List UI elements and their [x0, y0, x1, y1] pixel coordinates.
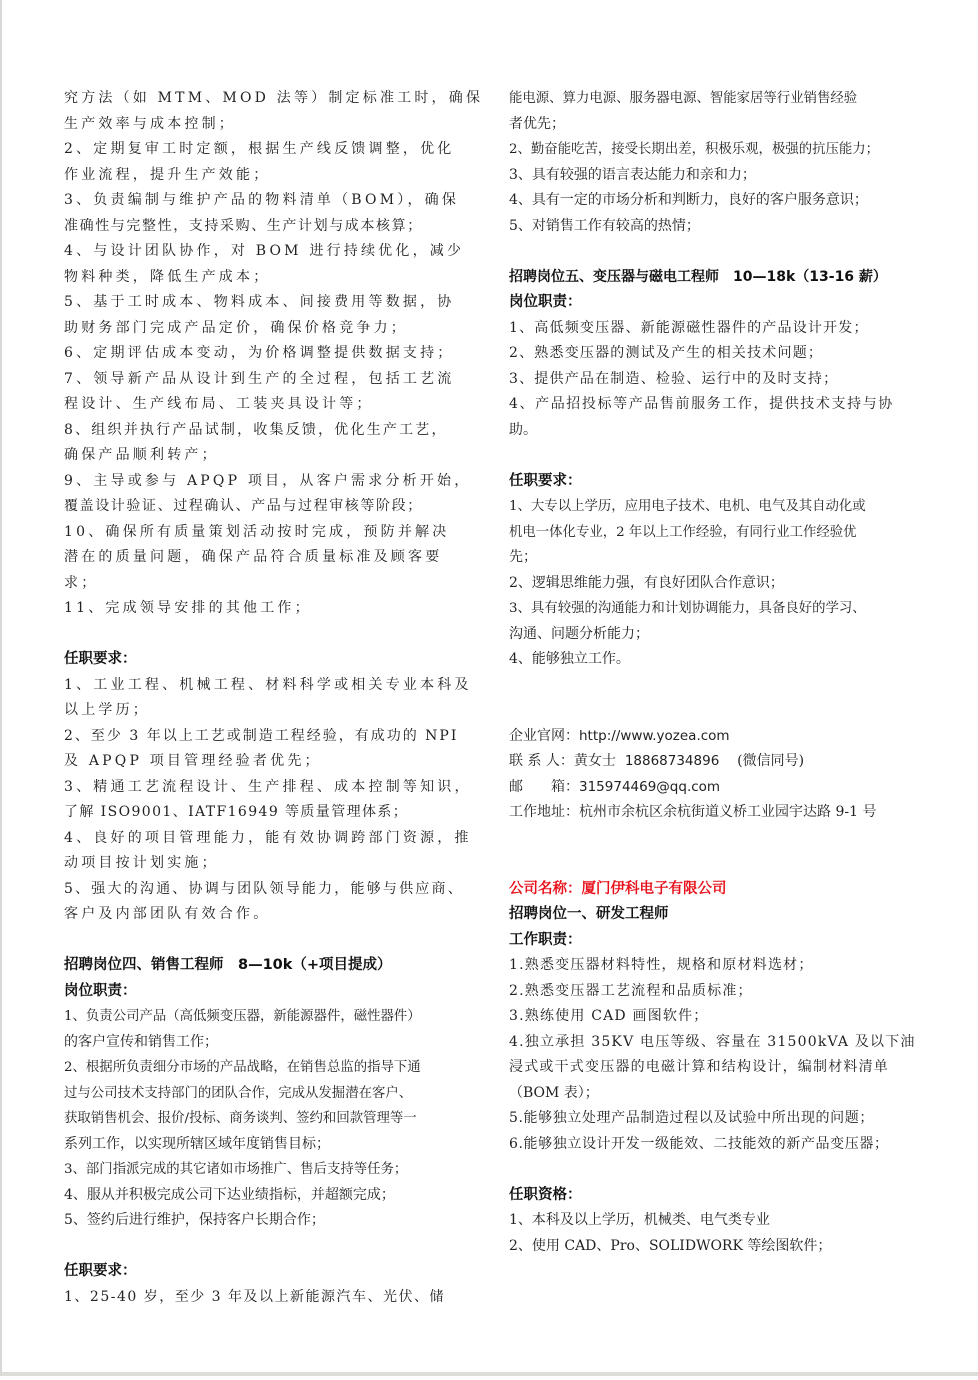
text-line: 生产效率与成本控制； [64, 112, 474, 138]
text-line: 4、良好的项目管理能力，能有效协调跨部门资源，推 [64, 826, 474, 852]
text-line: 4、产品招投标等产品售前服务工作，提供技术支持与协 [509, 392, 924, 418]
text-line: 获取销售机会、报价/投标、商务谈判、签约和回款管理等一 [64, 1106, 474, 1132]
text-line: 系列工作，以实现所辖区域年度销售目标； [64, 1132, 474, 1158]
text-line: 2、定期复审工时定额，根据生产线反馈调整，优化 [64, 137, 474, 163]
text-line: 助。 [509, 418, 924, 444]
job4-duties: 1、负责公司产品（高低频变压器，新能源器件，磁性器件） 的客户宣传和销售工作； … [64, 1004, 474, 1234]
job4-duties-heading: 岗位职责： [64, 979, 474, 1005]
company2-duties: 1.熟悉变压器材料特性，规格和原材料选材； 2.熟悉变压器工艺流程和品质标准； … [509, 953, 924, 1157]
text-line: 客户及内部团队有效合作。 [64, 902, 474, 928]
text-line: 动项目按计划实施； [64, 851, 474, 877]
text-line: 2、熟悉变压器的测试及产生的相关技术问题； [509, 341, 924, 367]
email-link[interactable]: 315974469@qq.com [579, 779, 720, 795]
job5-requirements-heading: 任职要求： [509, 469, 924, 495]
website-label: 企业官网： [509, 728, 579, 744]
left-column: 究方法（如 MTM、MOD 法等）制定标准工时，确保 生产效率与成本控制； 2、… [64, 86, 474, 1310]
text-line: 1、高低频变压器、新能源磁性器件的产品设计开发； [509, 316, 924, 342]
text-line: 的客户宣传和销售工作； [64, 1030, 474, 1056]
text-line: 以上学历； [64, 698, 474, 724]
address-value: 杭州市余杭区余杭街道义桥工业园宇达路 9-1 号 [579, 804, 876, 820]
text-line: 3、具有较强的沟通能力和计划协调能力，具备良好的学习、 [509, 596, 924, 622]
text-line: 先； [509, 545, 924, 571]
job5-title: 招聘岗位五、变压器与磁电工程师 10—18k（13-16 薪） [509, 265, 924, 291]
job5-duties-heading: 岗位职责： [509, 290, 924, 316]
job4-requirements-continued: 能电源、算力电源、服务器电源、智能家居等行业销售经验 者优先； 2、勤奋能吃苦，… [509, 86, 924, 239]
contact-label: 联 系 人： [509, 753, 574, 769]
text-line: 3、精通工艺流程设计、生产排程、成本控制等知识， [64, 775, 474, 801]
text-line: 1、25-40 岁，至少 3 年及以上新能源汽车、光伏、储 [64, 1285, 474, 1311]
text-line: 5、基于工时成本、物料成本、间接费用等数据，协 [64, 290, 474, 316]
text-line: 准确性与完整性，支持采购、生产计划与成本核算； [64, 214, 474, 240]
right-column: 能电源、算力电源、服务器电源、智能家居等行业销售经验 者优先； 2、勤奋能吃苦，… [509, 86, 924, 1259]
text-line: （BOM 表）； [509, 1081, 924, 1107]
text-line: 8、组织并执行产品试制，收集反馈，优化生产工艺， [64, 418, 474, 444]
text-line: 3、部门指派完成的其它诸如市场推广、售后支持等任务； [64, 1157, 474, 1183]
text-line: 者优先； [509, 112, 924, 138]
text-line: 3、提供产品在制造、检验、运行中的及时支持； [509, 367, 924, 393]
text-line: 程设计、生产线布局、工装夹具设计等； [64, 392, 474, 418]
text-line: 究方法（如 MTM、MOD 法等）制定标准工时，确保 [64, 86, 474, 112]
text-line: 2.熟悉变压器工艺流程和品质标准； [509, 979, 924, 1005]
company2-job1-title: 招聘岗位一、研发工程师 [509, 902, 924, 928]
text-line: 机电一体化专业，2 年以上工作经验，有同行业工作经验优 [509, 520, 924, 546]
website-link[interactable]: http://www.yozea.com [579, 728, 730, 744]
address-line: 工作地址：杭州市余杭区余杭街道义桥工业园宇达路 9-1 号 [509, 800, 924, 826]
text-line: 浸式或干式变压器的电磁计算和结构设计，编制材料清单 [509, 1055, 924, 1081]
document-page: 究方法（如 MTM、MOD 法等）制定标准工时，确保 生产效率与成本控制； 2、… [0, 0, 978, 1376]
text-line: 2、使用 CAD、Pro、SOLIDWORK 等绘图软件； [509, 1234, 924, 1260]
address-label: 工作地址： [509, 804, 579, 820]
text-line: 能电源、算力电源、服务器电源、智能家居等行业销售经验 [509, 86, 924, 112]
wechat-note: (微信同号) [737, 753, 804, 769]
website-line: 企业官网：http://www.yozea.com [509, 724, 924, 750]
job4-requirements-heading: 任职要求： [64, 1259, 474, 1285]
text-line: 9、主导或参与 APQP 项目，从客户需求分析开始， [64, 469, 474, 495]
text-line: 11、完成领导安排的其他工作； [64, 596, 474, 622]
text-line: 1.熟悉变压器材料特性，规格和原材料选材； [509, 953, 924, 979]
text-line: 5.能够独立处理产品制造过程以及试验中所出现的问题； [509, 1106, 924, 1132]
company2-requirements: 1、本科及以上学历，机械类、电气类专业 2、使用 CAD、Pro、SOLIDWO… [509, 1208, 924, 1259]
text-line: 3.熟练使用 CAD 画图软件； [509, 1004, 924, 1030]
contact-block: 企业官网：http://www.yozea.com 联 系 人：黄女士 1886… [509, 724, 924, 826]
text-line: 物料种类，降低生产成本； [64, 265, 474, 291]
text-line: 4、具有一定的市场分析和判断力，良好的客户服务意识； [509, 188, 924, 214]
text-line: 过与公司技术支持部门的团队合作，完成从发掘潜在客户、 [64, 1081, 474, 1107]
text-line: 覆盖设计验证、过程确认、产品与过程审核等阶段； [64, 494, 474, 520]
contact-line: 联 系 人：黄女士 18868734896 (微信同号) [509, 749, 924, 775]
text-line: 4、与设计团队协作，对 BOM 进行持续优化，减少 [64, 239, 474, 265]
text-line: 7、领导新产品从设计到生产的全过程，包括工艺流 [64, 367, 474, 393]
text-line: 沟通、问题分析能力； [509, 622, 924, 648]
job3-requirements-heading: 任职要求： [64, 647, 474, 673]
text-line: 潜在的质量问题，确保产品符合质量标准及顾客要 [64, 545, 474, 571]
job5-duties: 1、高低频变压器、新能源磁性器件的产品设计开发； 2、熟悉变压器的测试及产生的相… [509, 316, 924, 444]
text-line: 4、能够独立工作。 [509, 647, 924, 673]
text-line: 10、确保所有质量策划活动按时完成，预防并解决 [64, 520, 474, 546]
text-line: 求； [64, 571, 474, 597]
text-line: 5、签约后进行维护，保持客户长期合作； [64, 1208, 474, 1234]
text-line: 2、根据所负责细分市场的产品战略，在销售总监的指导下通 [64, 1055, 474, 1081]
text-line: 助财务部门完成产品定价，确保价格竞争力； [64, 316, 474, 342]
text-line: 了解 ISO9001、IATF16949 等质量管理体系； [64, 800, 474, 826]
text-line: 1、大专以上学历，应用电子技术、电机、电气及其自动化或 [509, 494, 924, 520]
company-name: 公司名称：厦门伊科电子有限公司 [509, 877, 924, 903]
company2-duties-heading: 工作职责： [509, 928, 924, 954]
phone-number: 18868734896 [625, 753, 719, 769]
text-line: 1、本科及以上学历，机械类、电气类专业 [509, 1208, 924, 1234]
text-line: 3、具有较强的语言表达能力和亲和力； [509, 163, 924, 189]
job3-duties-continued: 究方法（如 MTM、MOD 法等）制定标准工时，确保 生产效率与成本控制； 2、… [64, 86, 474, 622]
text-line: 作业流程，提升生产效能； [64, 163, 474, 189]
text-line: 1、工业工程、机械工程、材料科学或相关专业本科及 [64, 673, 474, 699]
text-line: 4、服从并积极完成公司下达业绩指标，并超额完成； [64, 1183, 474, 1209]
company2-requirements-heading: 任职资格： [509, 1183, 924, 1209]
email-line: 邮 箱：315974469@qq.com [509, 775, 924, 801]
text-line: 1、负责公司产品（高低频变压器，新能源器件，磁性器件） [64, 1004, 474, 1030]
text-line: 2、至少 3 年以上工艺或制造工程经验，有成功的 NPI [64, 724, 474, 750]
job5-requirements: 1、大专以上学历，应用电子技术、电机、电气及其自动化或 机电一体化专业，2 年以… [509, 494, 924, 673]
text-line: 5、强大的沟通、协调与团队领导能力，能够与供应商、 [64, 877, 474, 903]
email-label: 邮 箱： [509, 779, 579, 795]
text-line: 5、对销售工作有较高的热情； [509, 214, 924, 240]
text-line: 及 APQP 项目管理经验者优先； [64, 749, 474, 775]
text-line: 3、负责编制与维护产品的物料清单（BOM），确保 [64, 188, 474, 214]
text-line: 2、逻辑思维能力强，有良好团队合作意识； [509, 571, 924, 597]
text-line: 确保产品顺利转产； [64, 443, 474, 469]
job4-title: 招聘岗位四、销售工程师 8—10k（+项目提成） [64, 953, 474, 979]
text-line: 2、勤奋能吃苦，接受长期出差，积极乐观，极强的抗压能力； [509, 137, 924, 163]
text-line: 6.能够独立设计开发一级能效、二技能效的新产品变压器； [509, 1132, 924, 1158]
text-line: 4.独立承担 35KV 电压等级、容量在 31500kVA 及以下油 [509, 1030, 924, 1056]
job3-requirements: 1、工业工程、机械工程、材料科学或相关专业本科及 以上学历； 2、至少 3 年以… [64, 673, 474, 928]
contact-person: 黄女士 [574, 753, 616, 769]
text-line: 6、定期评估成本变动，为价格调整提供数据支持； [64, 341, 474, 367]
